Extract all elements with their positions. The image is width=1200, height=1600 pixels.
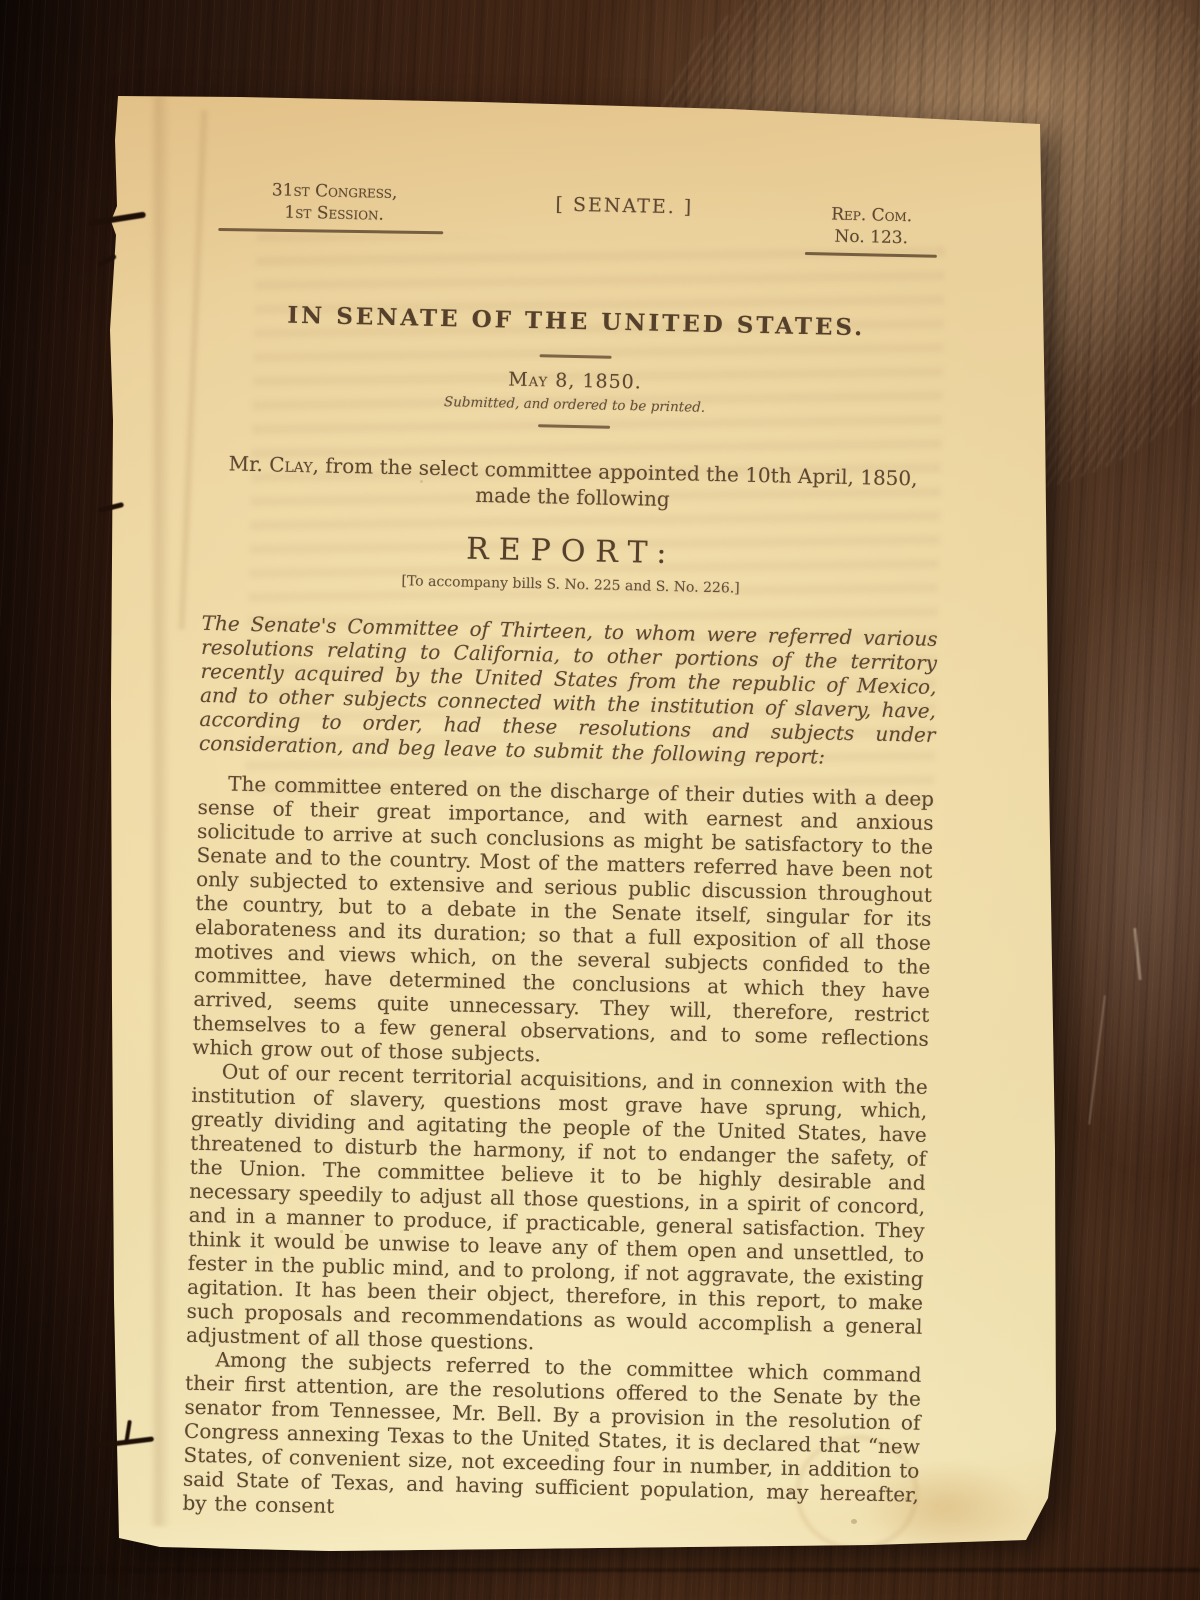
- paper-crease: [150, 96, 170, 1526]
- header-rule-right: [805, 252, 937, 258]
- congress-session-label: 31st Congress, 1st Session.: [216, 178, 452, 235]
- attribution-name: Clay: [269, 453, 313, 478]
- body-paragraph-3: Among the subjects referred to the commi…: [182, 1347, 921, 1531]
- page-header: 31st Congress, 1st Session. [ SENATE. ] …: [210, 178, 947, 258]
- body-paragraph-1: The committee entered on the discharge o…: [192, 771, 934, 1075]
- report-number-label: Rep. Com. No. 123.: [796, 203, 947, 258]
- report-committee-line: Rep. Com.: [797, 203, 947, 228]
- report-heading: REPORT:: [203, 526, 940, 577]
- divider-rule: [540, 354, 612, 359]
- body-paragraph-2: Out of our recent territorial acquisitio…: [186, 1059, 928, 1363]
- attribution-line2: made the following: [475, 483, 670, 511]
- document-title: IN SENATE OF THE UNITED STATES.: [208, 300, 944, 343]
- attribution-prefix: Mr.: [228, 452, 269, 477]
- report-number-line: No. 123.: [796, 225, 946, 250]
- header-rule-left: [218, 228, 443, 234]
- photo-scene: 31st Congress, 1st Session. [ SENATE. ] …: [0, 0, 1200, 1600]
- preamble-paragraph: The Senate's Committee of Thirteen, to w…: [199, 611, 938, 771]
- divider-rule: [538, 424, 610, 429]
- document-page: 31st Congress, 1st Session. [ SENATE. ] …: [0, 0, 1200, 1600]
- chamber-label: [ SENATE. ]: [555, 194, 693, 219]
- attribution-paragraph: Mr. Clay, from the select committee appo…: [204, 450, 941, 518]
- paper-sheet: 31st Congress, 1st Session. [ SENATE. ] …: [0, 0, 1200, 1600]
- page-content: 31st Congress, 1st Session. [ SENATE. ] …: [182, 150, 948, 1531]
- session-line: 1st Session.: [216, 200, 451, 227]
